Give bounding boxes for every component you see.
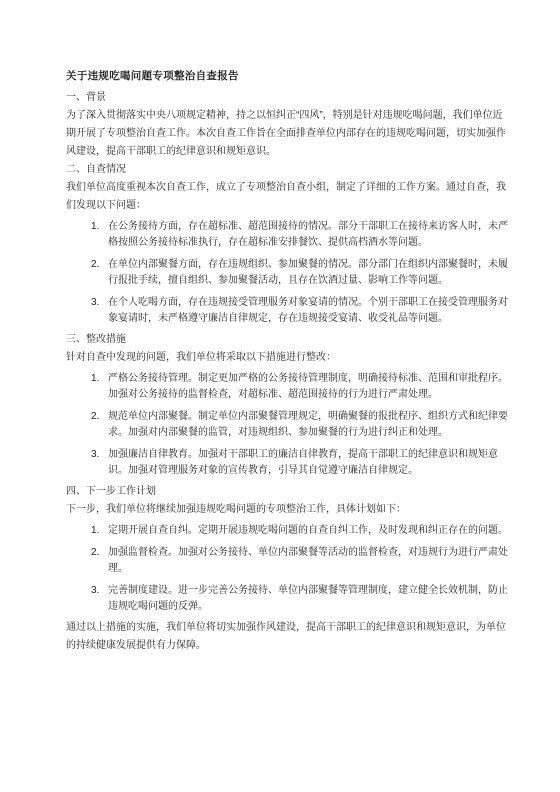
list-item: 1.严格公务接待管理。制定更加严格的公务接待管理制度，明确接待标准、范围和审批程… bbox=[66, 371, 510, 403]
ordered-list: 1.在公务接待方面，存在超标准、超范围接待的情况。部分干部职工在接待来访客人时，… bbox=[66, 219, 510, 327]
list-item-number: 3. bbox=[91, 447, 108, 463]
list-item-text: 在单位内部聚餐方面，存在违规组织、参加聚餐的情况。部分部门在组织内部聚餐时，未履… bbox=[108, 257, 510, 289]
section-heading: 三、整改措施 bbox=[66, 331, 510, 349]
section-heading: 一、背景 bbox=[66, 89, 510, 107]
list-item-number: 2. bbox=[91, 257, 108, 273]
document-body: 一、背景为了深入贯彻落实中央八项规定精神，持之以恒纠正“四风”，特别是针对违规吃… bbox=[66, 89, 510, 615]
paragraph: 针对自查中发现的问题，我们单位将采取以下措施进行整改： bbox=[66, 349, 510, 367]
paragraph: 下一步，我们单位将继续加强违规吃喝问题的专项整治工作，具体计划如下： bbox=[66, 501, 510, 519]
section-heading: 二、自查情况 bbox=[66, 161, 510, 179]
list-item-number: 1. bbox=[91, 219, 108, 235]
ordered-list: 1.严格公务接待管理。制定更加严格的公务接待管理制度，明确接待标准、范围和审批程… bbox=[66, 371, 510, 479]
list-item-number: 2. bbox=[91, 409, 108, 425]
list-item-number: 3. bbox=[91, 583, 108, 599]
list-item: 3.完善制度建设。进一步完善公务接待、单位内部聚餐等管理制度，建立健全长效机制，… bbox=[66, 583, 510, 615]
list-item-text: 规范单位内部聚餐。制定单位内部聚餐管理规定，明确聚餐的报批程序、组织方式和纪律要… bbox=[108, 409, 510, 441]
list-item-text: 加强监督检查。加强对公务接待、单位内部聚餐等活动的监督检查，对违规行为进行严肃处… bbox=[108, 545, 510, 577]
document-page: 关于违规吃喝问题专项整治自查报告 一、背景为了深入贯彻落实中央八项规定精神，持之… bbox=[0, 0, 560, 792]
list-item-text: 加强廉洁自律教育。加强对干部职工的廉洁自律教育，提高干部职工的纪律意识和规矩意识… bbox=[108, 447, 510, 479]
list-item-number: 1. bbox=[91, 371, 108, 387]
section-heading: 四、下一步工作计划 bbox=[66, 483, 510, 501]
list-item-text: 完善制度建设。进一步完善公务接待、单位内部聚餐等管理制度，建立健全长效机制，防止… bbox=[108, 583, 510, 615]
list-item: 1.定期开展自查自纠。定期开展违规吃喝问题的自查自纠工作，及时发现和纠正存在的问… bbox=[66, 523, 510, 539]
list-item-number: 1. bbox=[91, 523, 108, 539]
paragraph: 我们单位高度重视本次自查工作，成立了专项整治自查小组，制定了详细的工作方案。通过… bbox=[66, 179, 510, 215]
paragraph: 为了深入贯彻落实中央八项规定精神，持之以恒纠正“四风”，特别是针对违规吃喝问题，… bbox=[66, 107, 510, 161]
list-item: 1.在公务接待方面，存在超标准、超范围接待的情况。部分干部职工在接待来访客人时，… bbox=[66, 219, 510, 251]
document-title: 关于违规吃喝问题专项整治自查报告 bbox=[66, 66, 510, 86]
list-item: 3.在个人吃喝方面，存在违规接受管理服务对象宴请的情况。个别干部职工在接受管理服… bbox=[66, 295, 510, 327]
list-item: 2.规范单位内部聚餐。制定单位内部聚餐管理规定，明确聚餐的报批程序、组织方式和纪… bbox=[66, 409, 510, 441]
list-item-number: 2. bbox=[91, 545, 108, 561]
ordered-list: 1.定期开展自查自纠。定期开展违规吃喝问题的自查自纠工作，及时发现和纠正存在的问… bbox=[66, 523, 510, 615]
list-item: 2.加强监督检查。加强对公务接待、单位内部聚餐等活动的监督检查，对违规行为进行严… bbox=[66, 545, 510, 577]
list-item-text: 定期开展自查自纠。定期开展违规吃喝问题的自查自纠工作，及时发现和纠正存在的问题。 bbox=[108, 523, 510, 539]
closing-paragraph: 通过以上措施的实施，我们单位将切实加强作风建设，提高干部职工的纪律意识和规矩意识… bbox=[66, 619, 510, 655]
list-item-text: 在公务接待方面，存在超标准、超范围接待的情况。部分干部职工在接待来访客人时，未严… bbox=[108, 219, 510, 251]
list-item-number: 3. bbox=[91, 295, 108, 311]
list-item: 3.加强廉洁自律教育。加强对干部职工的廉洁自律教育，提高干部职工的纪律意识和规矩… bbox=[66, 447, 510, 479]
list-item-text: 严格公务接待管理。制定更加严格的公务接待管理制度，明确接待标准、范围和审批程序。… bbox=[108, 371, 510, 403]
list-item: 2.在单位内部聚餐方面，存在违规组织、参加聚餐的情况。部分部门在组织内部聚餐时，… bbox=[66, 257, 510, 289]
list-item-text: 在个人吃喝方面，存在违规接受管理服务对象宴请的情况。个别干部职工在接受管理服务对… bbox=[108, 295, 510, 327]
